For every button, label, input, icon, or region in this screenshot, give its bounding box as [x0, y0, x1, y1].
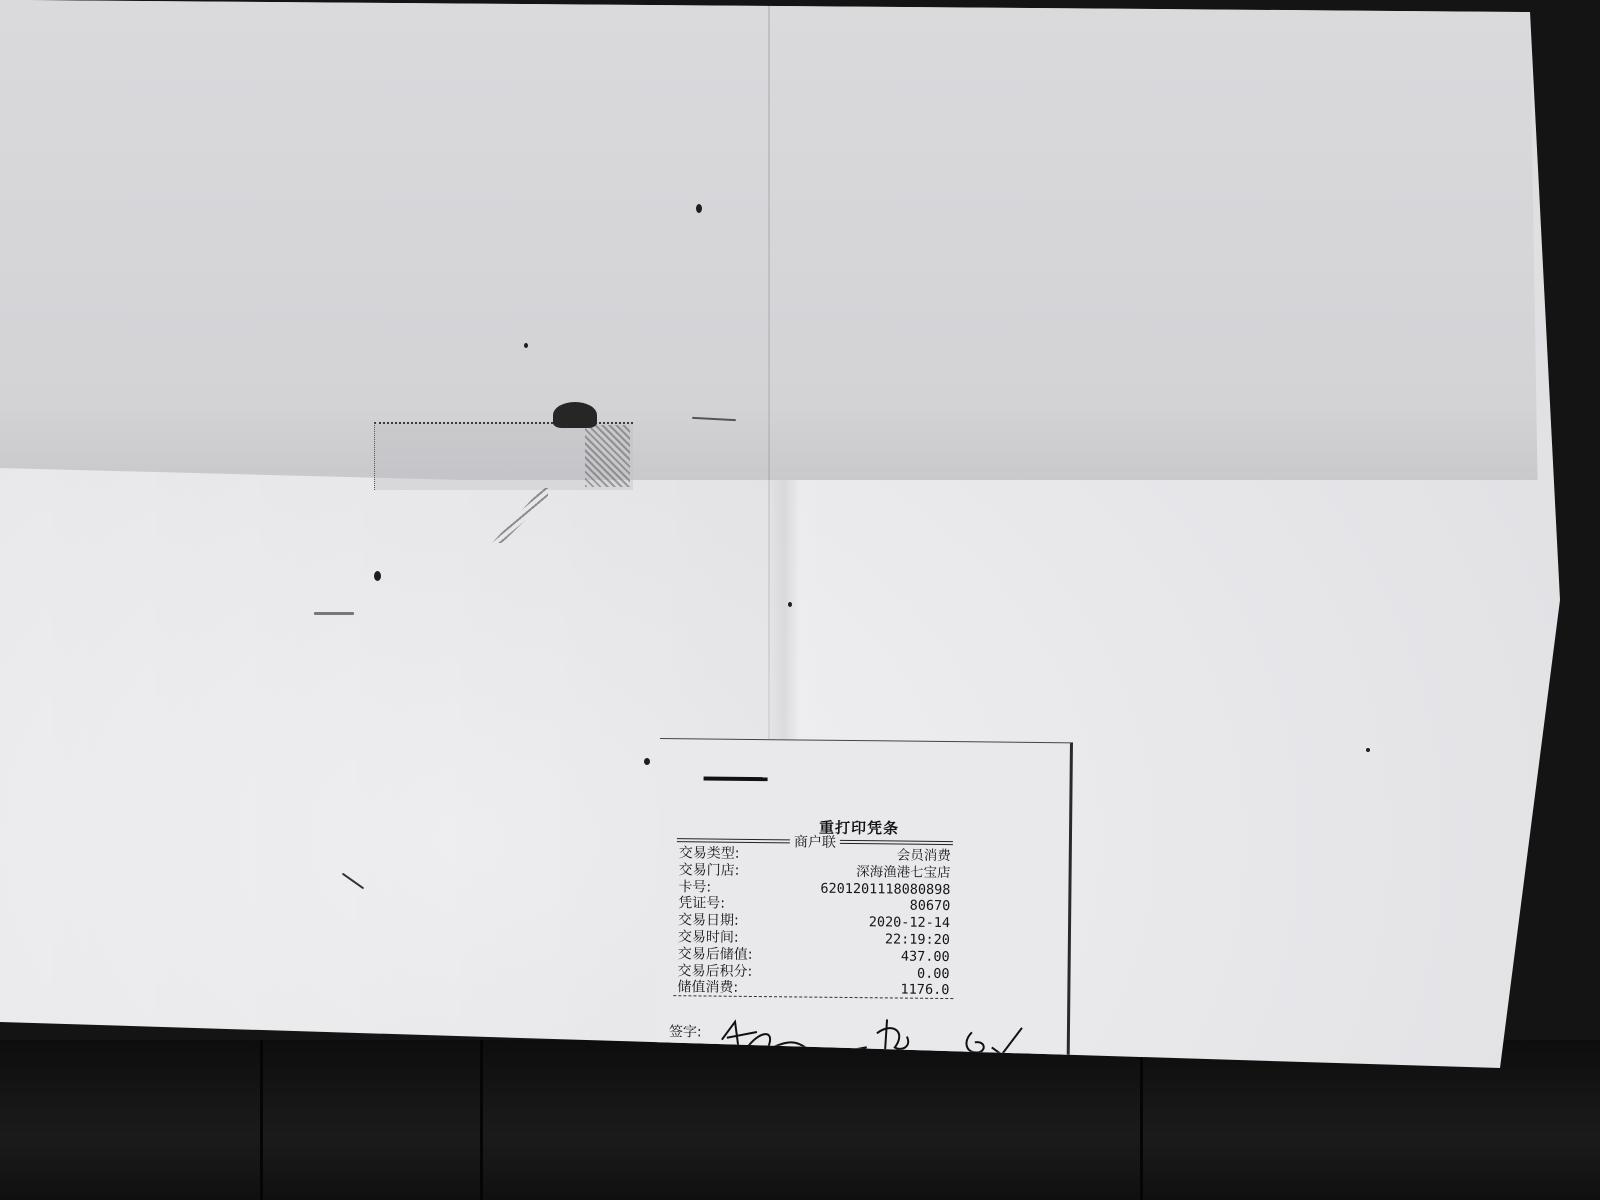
table-seam [260, 1040, 263, 1200]
field-label: 储值消费: [677, 980, 738, 997]
divider [840, 840, 953, 845]
field-value: 深海渔港七宝店 [856, 864, 951, 881]
field-label: 交易后储值: [678, 946, 753, 963]
field-value: 6201201118080898 [820, 880, 950, 897]
field-value: 2020-12-14 [869, 914, 950, 931]
field-label: 卡号: [678, 879, 711, 895]
ink-blot [553, 402, 597, 428]
tear-mark [492, 488, 548, 543]
field-value: 80670 [910, 898, 951, 914]
field-label: 交易日期: [678, 912, 739, 929]
ink-speck [696, 204, 702, 213]
printed-dash [704, 776, 768, 781]
field-value: 437.00 [901, 948, 950, 965]
ink-speck [524, 343, 528, 348]
field-value: 0.00 [917, 965, 950, 981]
ink-speck [374, 571, 381, 581]
ink-speck [644, 758, 650, 765]
divider [677, 838, 790, 843]
paper-sheet: 重打印凭条 商户联 交易类型:会员消费 交易门店:深海渔港七宝店 卡号:6201… [0, 0, 1600, 1200]
paper-upper-fold [0, 0, 1600, 480]
field-label: 交易时间: [678, 929, 739, 946]
ink-speck [788, 602, 792, 607]
table-seam [480, 1040, 483, 1200]
ink-smudge [314, 612, 354, 615]
field-label: 交易后积分: [677, 963, 752, 980]
field-value: 会员消费 [897, 847, 951, 864]
signature-label: 签字: [669, 1021, 702, 1041]
field-value: 22:19:20 [885, 931, 950, 948]
tape-residue-edge [585, 425, 630, 487]
field-label: 凭证号: [678, 896, 725, 912]
table-surface [0, 1040, 1600, 1200]
field-label: 交易类型: [679, 845, 740, 862]
receipt-fields: 交易类型:会员消费 交易门店:深海渔港七宝店 卡号:62012011180808… [677, 845, 951, 999]
ink-speck [1366, 748, 1370, 752]
ink-smudge [342, 873, 364, 890]
field-value: 1176.0 [901, 982, 950, 999]
table-seam [1140, 1040, 1143, 1200]
receipt: 重打印凭条 商户联 交易类型:会员消费 交易门店:深海渔港七宝店 卡号:6201… [657, 738, 1073, 1063]
field-label: 交易门店: [679, 862, 740, 879]
